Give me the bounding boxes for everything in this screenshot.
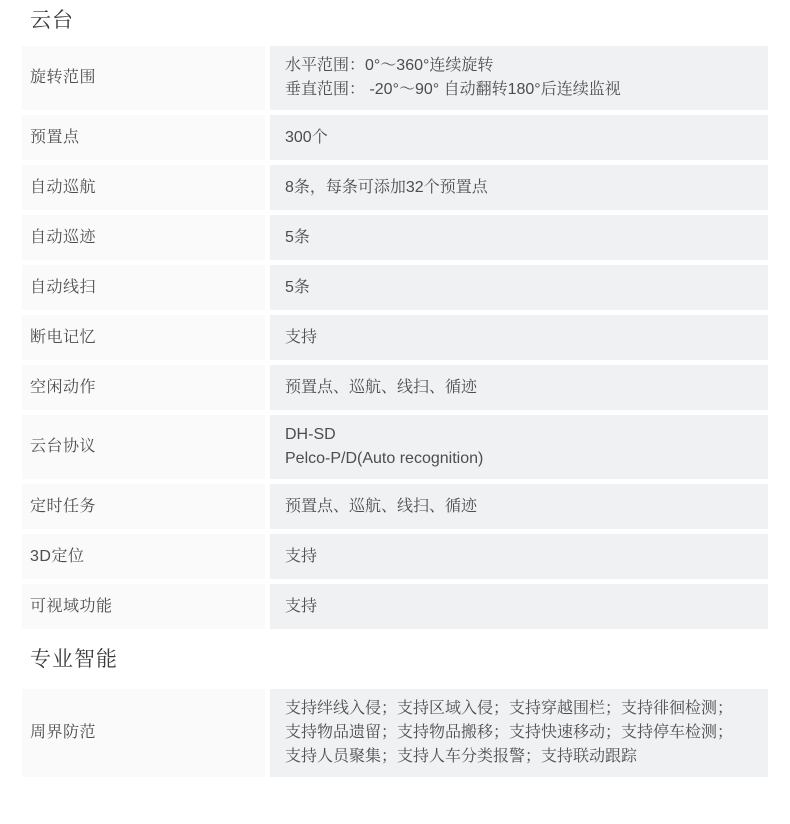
spec-table-pro-intelligence: 周界防范 支持绊线入侵；支持区域入侵；支持穿越围栏；支持徘徊检测；支持物品遗留；… (22, 689, 768, 777)
spec-value-line: 预置点、巡航、线扫、循迹 (285, 376, 744, 400)
spec-row-presets: 预置点 300个 (22, 115, 768, 160)
spec-value-line: 支持 (285, 545, 744, 569)
section-ptz: 云台 旋转范围 水平范围：0°～360°连续旋转 垂直范围： -20°～90° … (22, 6, 768, 629)
spec-row-3d-positioning: 3D定位 支持 (22, 534, 768, 579)
spec-value: 5条 (270, 265, 768, 310)
spec-label: 旋转范围 (22, 46, 265, 110)
spec-value: 5条 (270, 215, 768, 260)
spec-value: 支持绊线入侵；支持区域入侵；支持穿越围栏；支持徘徊检测；支持物品遗留；支持物品搬… (270, 689, 768, 777)
spec-value: 支持 (270, 534, 768, 579)
spec-value-line: 支持 (285, 326, 744, 350)
spec-value-line: 预置点、巡航、线扫、循迹 (285, 495, 744, 519)
spec-row-rotation-range: 旋转范围 水平范围：0°～360°连续旋转 垂直范围： -20°～90° 自动翻… (22, 46, 768, 110)
spec-value-line: 300个 (285, 126, 744, 150)
spec-label: 3D定位 (22, 534, 265, 579)
spec-value: 预置点、巡航、线扫、循迹 (270, 484, 768, 529)
spec-row-ptz-protocol: 云台协议 DH-SD Pelco-P/D(Auto recognition) (22, 415, 768, 479)
spec-value-line: 支持 (285, 595, 744, 619)
spec-row-field-of-view: 可视域功能 支持 (22, 584, 768, 629)
spec-value: 8条，每条可添加32个预置点 (270, 165, 768, 210)
section-title-ptz: 云台 (30, 6, 768, 36)
spec-value: DH-SD Pelco-P/D(Auto recognition) (270, 415, 768, 479)
spec-label: 可视域功能 (22, 584, 265, 629)
spec-value: 支持 (270, 584, 768, 629)
spec-page: 云台 旋转范围 水平范围：0°～360°连续旋转 垂直范围： -20°～90° … (0, 0, 790, 824)
spec-value: 300个 (270, 115, 768, 160)
spec-label: 周界防范 (22, 689, 265, 777)
spec-label: 断电记忆 (22, 315, 265, 360)
section-pro-intelligence: 专业智能 周界防范 支持绊线入侵；支持区域入侵；支持穿越围栏；支持徘徊检测；支持… (22, 645, 768, 777)
spec-value-line: 5条 (285, 226, 744, 250)
spec-row-idle-action: 空闲动作 预置点、巡航、线扫、循迹 (22, 365, 768, 410)
section-title-pro-intelligence: 专业智能 (30, 645, 768, 675)
spec-row-scheduled-task: 定时任务 预置点、巡航、线扫、循迹 (22, 484, 768, 529)
spec-value-line: 8条，每条可添加32个预置点 (285, 176, 744, 200)
spec-row-perimeter-protection: 周界防范 支持绊线入侵；支持区域入侵；支持穿越围栏；支持徘徊检测；支持物品遗留；… (22, 689, 768, 777)
spec-value-line: 5条 (285, 276, 744, 300)
spec-label: 自动巡迹 (22, 215, 265, 260)
spec-value-line: 垂直范围： -20°～90° 自动翻转180°后连续监视 (285, 78, 744, 102)
spec-value-line: 支持绊线入侵；支持区域入侵；支持穿越围栏；支持徘徊检测；支持物品遗留；支持物品搬… (285, 697, 744, 769)
spec-row-auto-cruise: 自动巡航 8条，每条可添加32个预置点 (22, 165, 768, 210)
spec-value-line: 水平范围：0°～360°连续旋转 (285, 54, 744, 78)
spec-row-auto-track: 自动巡迹 5条 (22, 215, 768, 260)
spec-row-power-off-memory: 断电记忆 支持 (22, 315, 768, 360)
spec-value: 预置点、巡航、线扫、循迹 (270, 365, 768, 410)
spec-label: 定时任务 (22, 484, 265, 529)
spec-label: 空闲动作 (22, 365, 265, 410)
spec-value: 支持 (270, 315, 768, 360)
spec-value-line: Pelco-P/D(Auto recognition) (285, 447, 744, 471)
spec-value: 水平范围：0°～360°连续旋转 垂直范围： -20°～90° 自动翻转180°… (270, 46, 768, 110)
spec-label: 云台协议 (22, 415, 265, 479)
spec-row-auto-scan: 自动线扫 5条 (22, 265, 768, 310)
spec-label: 自动线扫 (22, 265, 265, 310)
spec-label: 自动巡航 (22, 165, 265, 210)
spec-table-ptz: 旋转范围 水平范围：0°～360°连续旋转 垂直范围： -20°～90° 自动翻… (22, 46, 768, 629)
spec-label: 预置点 (22, 115, 265, 160)
spec-value-line: DH-SD (285, 423, 744, 447)
